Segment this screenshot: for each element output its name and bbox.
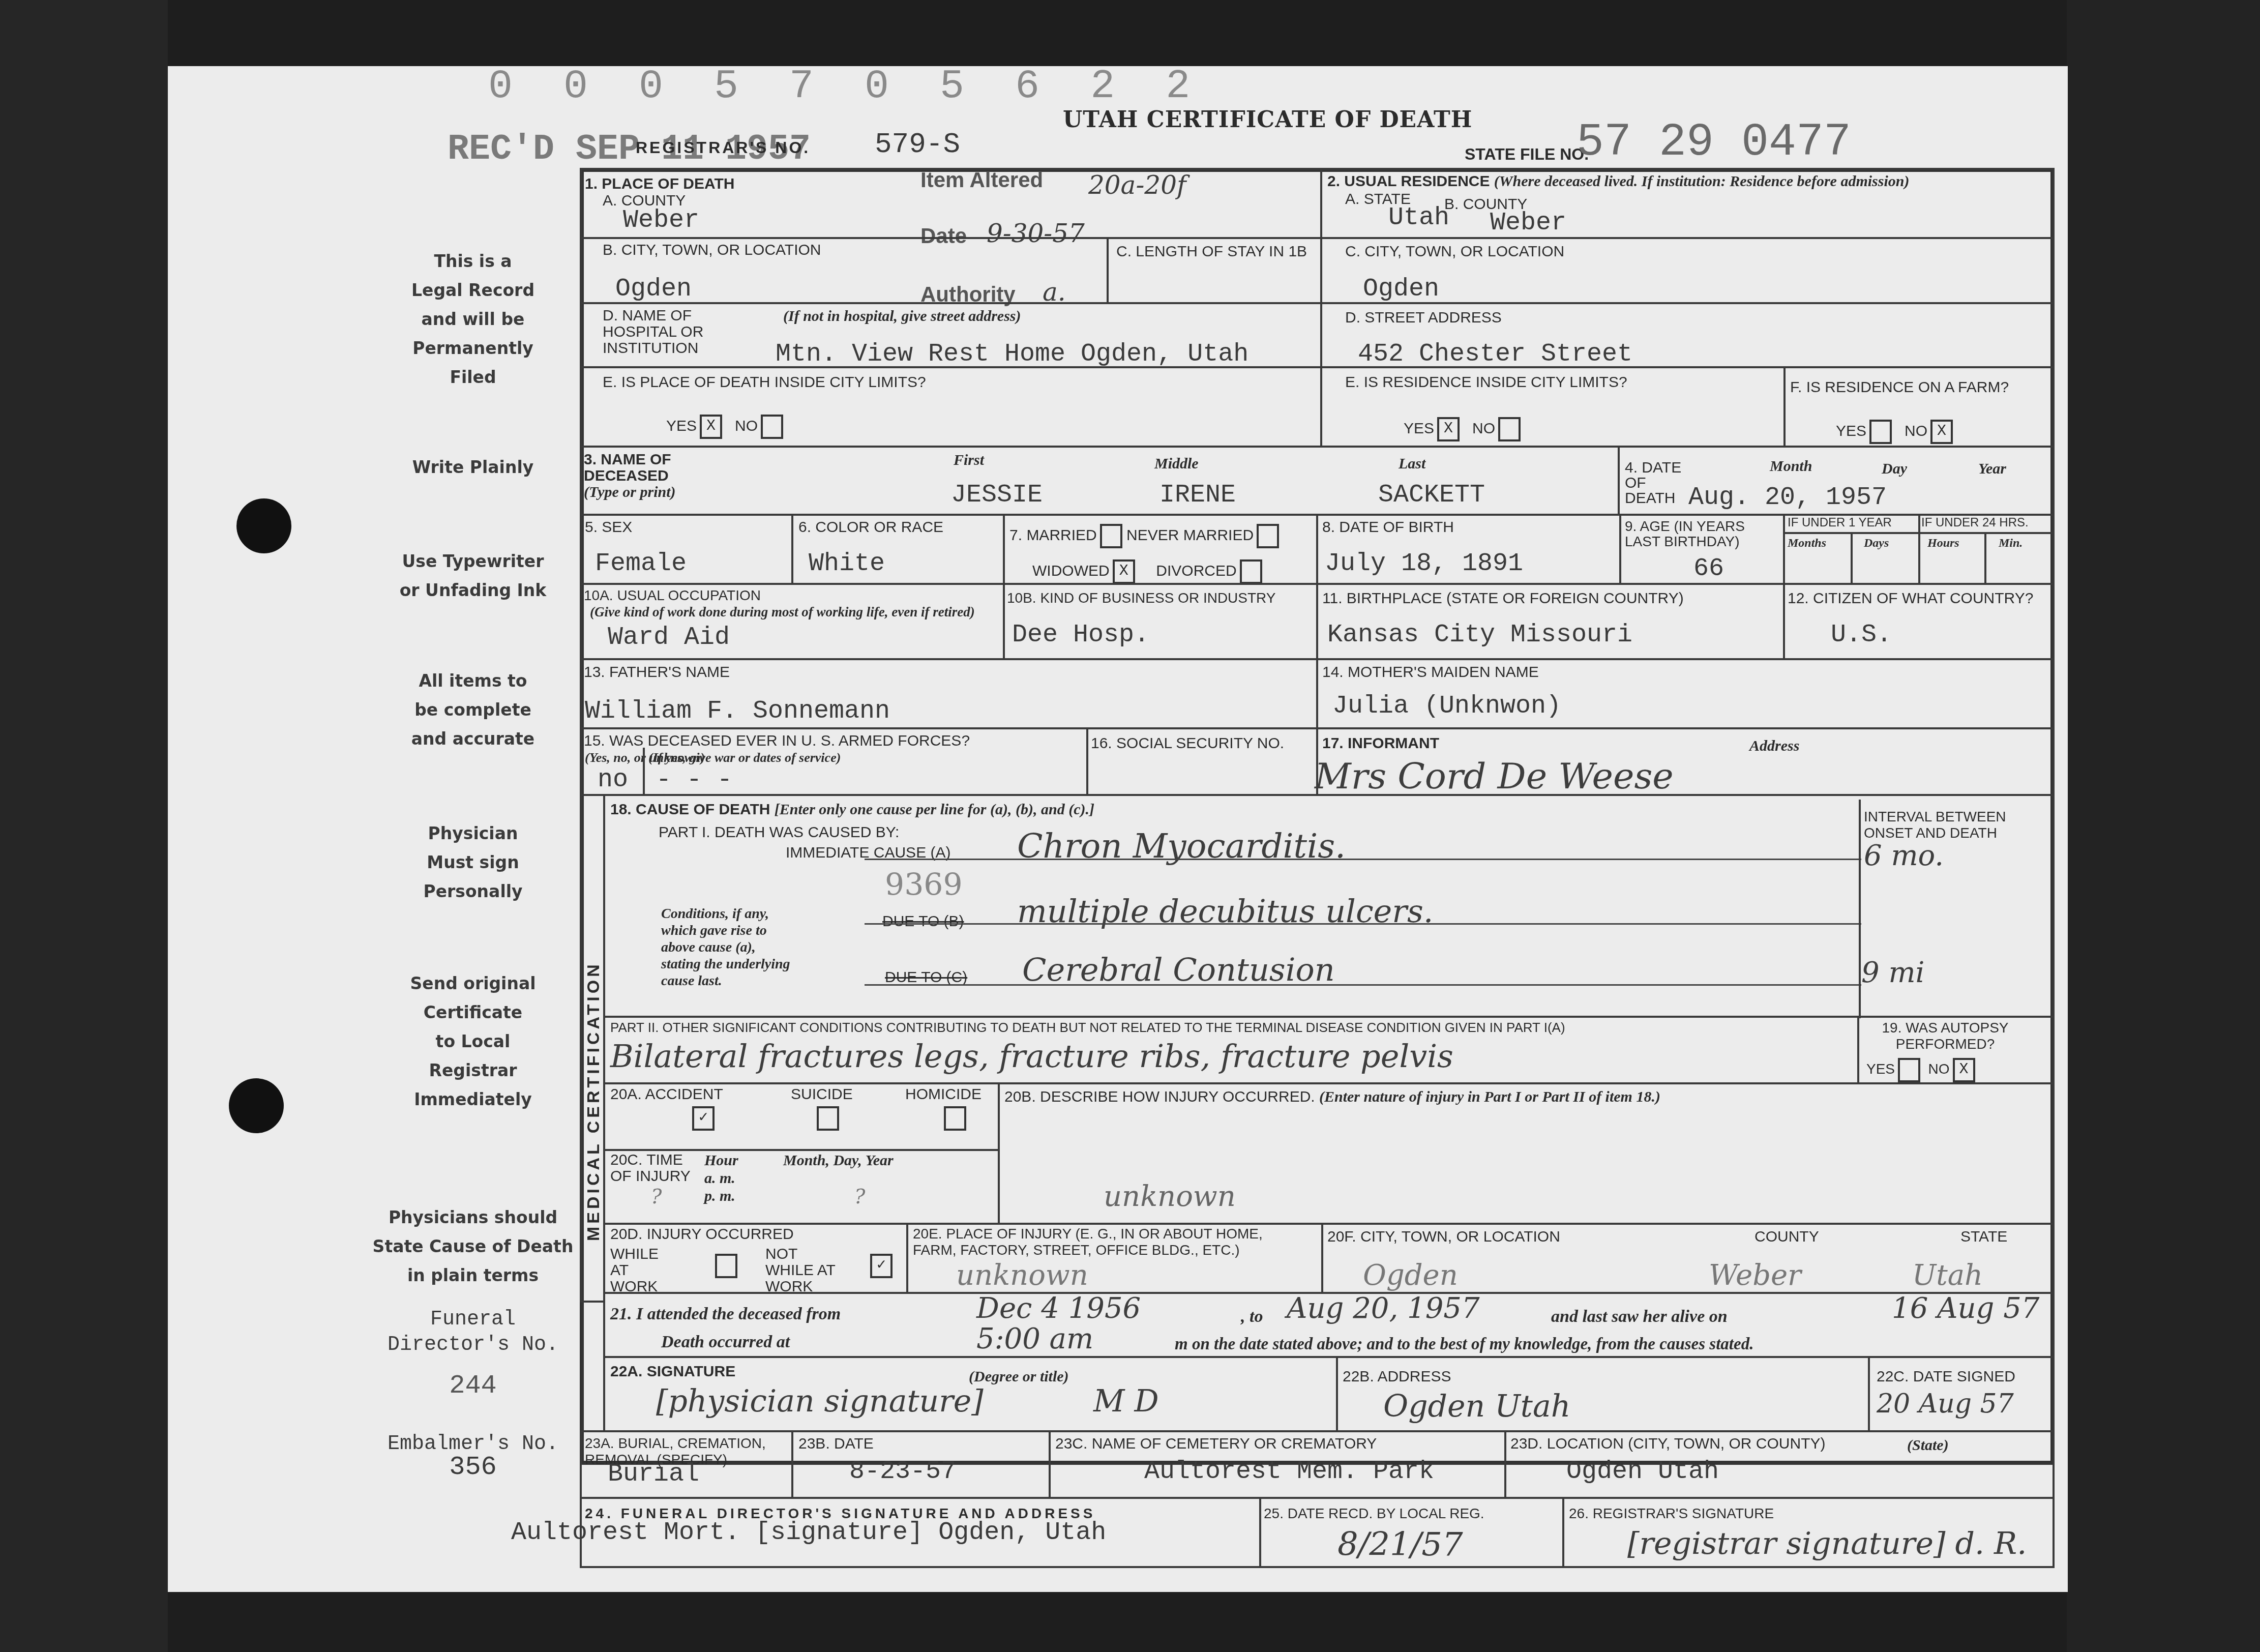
institution-label: d. NAME OF HOSPITAL OR INSTITUTION [603, 308, 704, 357]
injury-county[interactable]: Weber [1709, 1259, 1801, 1292]
suicide-checkbox[interactable] [817, 1106, 839, 1131]
date-received-label: 25. DATE RECD. BY LOCAL REG. [1264, 1506, 1484, 1522]
while-work-checkbox[interactable] [715, 1254, 737, 1278]
burial-location-label: 23d. LOCATION (City, town, or county) [1510, 1435, 1826, 1452]
injury-state-label: STATE [1960, 1228, 2007, 1246]
divorced-checkbox[interactable] [1240, 559, 1262, 584]
homicide-checkbox[interactable] [944, 1106, 966, 1131]
scan-border-left [0, 0, 168, 1652]
day-label: Day [1882, 460, 1907, 478]
to-label: , to [1241, 1307, 1263, 1326]
last-saw-label: and last saw her alive on [1551, 1307, 1728, 1326]
cause-heading: 18. CAUSE OF DEATH [610, 801, 770, 818]
occupation-label: 10a. USUAL OCCUPATION [584, 587, 761, 604]
physician-degree[interactable]: M D [1093, 1383, 1159, 1419]
signature-label: 22a. SIGNATURE [610, 1363, 735, 1380]
first-name-label: First [954, 452, 984, 469]
residence-inside-city-yes-checkbox[interactable]: X [1437, 417, 1460, 441]
injury-state[interactable]: Utah [1912, 1259, 1983, 1292]
deceased-name-label: 3. NAME OF DECEASED [584, 451, 671, 484]
mother-label: 14. MOTHER'S MAIDEN NAME [1322, 664, 1539, 681]
item-altered-label: Item Altered [920, 168, 1043, 192]
burial-location[interactable]: Ogden Utah [1566, 1457, 1719, 1486]
usual-residence-heading: 2. USUAL RESIDENCE [1327, 173, 1490, 190]
birthplace[interactable]: Kansas City Missouri [1327, 621, 1632, 650]
injury-occurred-label: 20d. INJURY OCCURRED [610, 1226, 794, 1243]
middle-name[interactable]: IRENE [1159, 481, 1236, 510]
residence-inside-city-no-checkbox[interactable] [1498, 417, 1521, 441]
sex-label: 5. SEX [585, 519, 632, 536]
funeral-director-no: 244 [346, 1373, 600, 1399]
informant[interactable]: Mrs Cord De Weese [1315, 755, 1674, 797]
residence-county[interactable]: Weber [1490, 209, 1566, 238]
address-label: 22b. ADDRESS [1343, 1368, 1451, 1385]
death-statement: m on the date stated above; and to the b… [1175, 1335, 1753, 1354]
residence-state[interactable]: Utah [1388, 203, 1449, 232]
age-label: 9. AGE (In years last birthday) [1625, 519, 1777, 549]
last-name[interactable]: SACKETT [1378, 481, 1485, 510]
time-injury-date[interactable]: ? [854, 1185, 865, 1208]
residence-city-label: c. CITY, TOWN, OR LOCATION [1345, 243, 1564, 260]
burial-date[interactable]: 8-23-57 [849, 1457, 956, 1486]
how-injury[interactable]: unknown [1104, 1180, 1236, 1213]
armed-forces-note-b: (If yes, give war or dates of service) [648, 750, 841, 765]
autopsy-yes-checkbox[interactable] [1898, 1058, 1920, 1082]
mother[interactable]: Julia (Unknwon) [1332, 692, 1561, 721]
death-time[interactable]: 5:00 am [976, 1322, 1093, 1355]
never-married-label: NEVER MARRIED [1126, 527, 1254, 544]
conditions-note: Conditions, if any, which gave rise to a… [661, 905, 793, 989]
birthplace-label: 11. BIRTHPLACE (State or foreign country… [1322, 590, 1684, 607]
death-city-label: b. CITY, TOWN, OR LOCATION [603, 242, 821, 259]
margin-note-complete: All items tobe completeand accurate [346, 666, 600, 753]
last-saw[interactable]: 16 Aug 57 [1892, 1292, 2039, 1325]
cemetery[interactable]: Aultorest Mem. Park [1144, 1457, 1434, 1486]
margin-note-typewriter: Use Typewriteror Unfading Ink [346, 547, 600, 605]
citizen-label: 12. CITIZEN OF WHAT COUNTRY? [1788, 590, 2033, 607]
death-inside-city-no-checkbox[interactable] [761, 415, 783, 439]
margin-note-state-cause: Physicians shouldState Cause of Deathin … [346, 1203, 600, 1290]
suicide-label: SUICIDE [791, 1086, 853, 1103]
deceased-name-note: (Type or print) [584, 484, 676, 500]
part1-label: PART I. DEATH WAS CAUSED BY: [659, 824, 899, 841]
first-name[interactable]: JESSIE [951, 481, 1043, 510]
hour-label: Hour [704, 1152, 738, 1169]
armed-forces-label: 15. WAS DECEASED EVER IN U. S. ARMED FOR… [584, 732, 970, 750]
accident-label: 20a. ACCIDENT [610, 1086, 723, 1103]
punch-hole [236, 498, 291, 553]
date-received[interactable]: 8/21/57 [1337, 1526, 1463, 1563]
margin-note-send: Send originalCertificateto LocalRegistra… [346, 969, 600, 1114]
registrar-signature[interactable]: [registrar signature] d. R. [1627, 1526, 2027, 1561]
mdy-label: Month, Day, Year [783, 1152, 894, 1169]
attended-prefix: 21. I attended the deceased from [610, 1305, 841, 1324]
burial-date-label: 23b. DATE [798, 1435, 874, 1453]
cause-note: [Enter only one cause per line for (a), … [775, 801, 1094, 818]
residence-street-label: d. STREET ADDRESS [1345, 309, 1502, 327]
armed-forces[interactable]: no [598, 765, 628, 794]
place-injury-label: 20e. PLACE OF INJURY (e. g., in or about… [913, 1226, 1269, 1258]
dob-label: 8. DATE OF BIRTH [1322, 519, 1454, 536]
place-injury[interactable]: unknown [956, 1259, 1088, 1292]
residence-farm-yes-checkbox[interactable] [1869, 420, 1892, 444]
age[interactable]: 66 [1693, 554, 1724, 583]
time-injury-label: 20c. TIME OF INJURY [610, 1152, 692, 1185]
marital-label: 7. [1009, 527, 1022, 544]
ssn-label: 16. SOCIAL SECURITY NO. [1091, 735, 1284, 752]
never-married-checkbox[interactable] [1257, 524, 1279, 548]
margin-note-physician-sign: PhysicianMust signPersonally [346, 819, 600, 906]
race-label: 6. COLOR OR RACE [798, 519, 943, 536]
sex[interactable]: Female [595, 549, 687, 578]
residence-inside-city-label: e. IS RESIDENCE INSIDE CITY LIMITS? [1345, 374, 1627, 391]
injury-city[interactable]: Ogden [1363, 1259, 1458, 1292]
month-label: Month [1770, 458, 1812, 475]
residence-city[interactable]: Ogden [1363, 275, 1439, 304]
while-work-label: WHILE AT WORK [610, 1246, 671, 1295]
funeral-director[interactable]: Aultorest Mort. [signature] Ogden, Utah [511, 1518, 1106, 1547]
cemetery-label: 23c. NAME OF CEMETERY OR CREMATORY [1055, 1435, 1377, 1453]
occupation[interactable]: Ward Aid [608, 623, 730, 652]
pm-label: p. m. [704, 1188, 735, 1205]
attended-from[interactable]: Dec 4 1956 [976, 1292, 1141, 1325]
serial-stamp: 0 0 0 5 7 0 5 6 2 2 [488, 64, 1203, 110]
usual-residence-note: (Where deceased lived. If institution: R… [1494, 173, 1910, 190]
institution-name[interactable]: Mtn. View Rest Home Ogden, Utah [776, 340, 1248, 369]
informant-label: 17. INFORMANT [1322, 735, 1439, 752]
part2-conditions[interactable]: Bilateral fractures legs, fracture ribs,… [610, 1038, 1453, 1075]
cause-c[interactable]: Cerebral Contusion [1022, 951, 1335, 988]
accident-checkbox[interactable]: ✓ [692, 1106, 715, 1131]
death-occurred-label: Death occurred at [661, 1333, 790, 1352]
cause-code-annotation: 9369 [885, 867, 963, 903]
place-of-death-heading: 1. PLACE OF DEATH [585, 175, 734, 192]
due-to-c-label: DUE TO (c) [885, 969, 967, 986]
am-label: a. m. [704, 1170, 735, 1187]
homicide-label: HOMICIDE [905, 1086, 982, 1103]
date-of-death[interactable]: Aug. 20, 1957 [1688, 483, 1887, 512]
embalmer-no: 356 [346, 1455, 600, 1480]
state-file-no: 57 29 0477 [1577, 117, 1851, 169]
armed-forces-service[interactable]: - - - [656, 765, 732, 794]
year-label: Year [1978, 460, 2006, 478]
residence-farm-label: f. IS RESIDENCE ON A FARM? [1790, 379, 2009, 396]
institution-note: (If not in hospital, give street address… [783, 308, 1021, 325]
residence-street[interactable]: 452 Chester Street [1358, 340, 1632, 369]
scan-border-right [2067, 0, 2260, 1652]
autopsy-label: 19. WAS AUTOPSY PERFORMED? [1861, 1020, 2029, 1052]
married-checkbox[interactable] [1100, 524, 1122, 548]
registrar-no: 579-S [875, 128, 960, 161]
industry[interactable]: Dee Hosp. [1012, 621, 1149, 650]
item-altered: 20a-20f [1088, 170, 1186, 200]
date-signed[interactable]: 20 Aug 57 [1877, 1389, 2014, 1419]
burial-type[interactable]: Burial [608, 1460, 699, 1489]
length-of-stay-label: c. LENGTH OF STAY IN 1b [1116, 243, 1307, 260]
margin-note-write: Write Plainly [346, 453, 600, 482]
divider [643, 748, 645, 796]
middle-name-label: Middle [1154, 455, 1199, 473]
margin-note-legal: This is aLegal Recordand will bePermanen… [346, 247, 600, 392]
informant-address-label: Address [1749, 737, 1799, 755]
death-county[interactable]: Weber [623, 206, 699, 235]
part2-label: PART II. OTHER SIGNIFICANT CONDITIONS CO… [610, 1020, 1565, 1036]
occupation-note: (Give kind of work done during most of w… [590, 604, 997, 620]
physician-address[interactable]: Ogden Utah [1383, 1389, 1570, 1424]
last-name-label: Last [1399, 455, 1425, 473]
registrar-no-label: REGISTRAR'S NO. [636, 138, 810, 157]
residence-farm-no-checkbox[interactable]: X [1930, 420, 1953, 444]
race[interactable]: White [809, 549, 885, 578]
due-to-b-label: DUE TO (b) [882, 913, 964, 930]
divorced-label: DIVORCED [1156, 563, 1236, 579]
state-file-label: STATE FILE NO. [1465, 145, 1589, 164]
burial-state-label: (State) [1907, 1437, 1949, 1454]
not-while-work-label: NOT WHILE AT WORK [765, 1246, 837, 1295]
death-city[interactable]: Ogden [615, 275, 692, 304]
not-while-work-checkbox[interactable]: ✓ [870, 1254, 893, 1278]
degree-label: (Degree or title) [969, 1368, 1069, 1385]
father-label: 13. FATHER'S NAME [584, 664, 730, 681]
citizen[interactable]: U.S. [1831, 621, 1892, 650]
death-inside-city-label: e. IS PLACE OF DEATH INSIDE CITY LIMITS? [603, 374, 926, 391]
married-label: MARRIED [1026, 527, 1096, 544]
attended-to[interactable]: Aug 20, 1957 [1287, 1292, 1480, 1325]
how-injury-label: 20b. DESCRIBE HOW INJURY OCCURRED. [1004, 1088, 1315, 1105]
injury-city-label: 20f. CITY, TOWN, OR LOCATION [1327, 1228, 1560, 1246]
how-injury-note: (Enter nature of injury in Part I or Par… [1319, 1088, 1660, 1105]
dob[interactable]: July 18, 1891 [1325, 549, 1523, 578]
punch-hole [229, 1078, 284, 1133]
injury-county-label: COUNTY [1755, 1228, 1819, 1246]
registrar-signature-label: 26. REGISTRAR'S SIGNATURE [1569, 1506, 1774, 1522]
widowed-label: WIDOWED [1032, 563, 1110, 579]
industry-label: 10b. KIND OF BUSINESS OR INDUSTRY [1007, 590, 1276, 606]
medical-certification-label: MEDICAL CERTIFICATION [584, 961, 604, 1241]
certificate-title: UTAH CERTIFICATE OF DEATH [1063, 107, 1472, 133]
interval-a[interactable]: 6 mo. [1864, 839, 1944, 872]
father[interactable]: William F. Sonnemann [585, 697, 890, 726]
autopsy-no-checkbox[interactable]: X [1953, 1058, 1975, 1082]
interval-label: INTERVAL BETWEEN ONSET AND DEATH [1864, 809, 2037, 841]
death-inside-city-yes-checkbox[interactable]: X [700, 415, 722, 439]
date-signed-label: 22c. DATE SIGNED [1877, 1368, 2015, 1385]
time-injury-hour[interactable]: ? [651, 1185, 662, 1208]
funeral-director-no-label: FuneralDirector's No. [346, 1307, 600, 1358]
widowed-checkbox[interactable]: X [1113, 559, 1135, 584]
interval-c[interactable]: 9 mi [1861, 956, 1924, 989]
date-of-death-label: 4. DATE OF DEATH [1625, 460, 1686, 506]
physician-signature[interactable]: [physician signature] [656, 1383, 984, 1419]
